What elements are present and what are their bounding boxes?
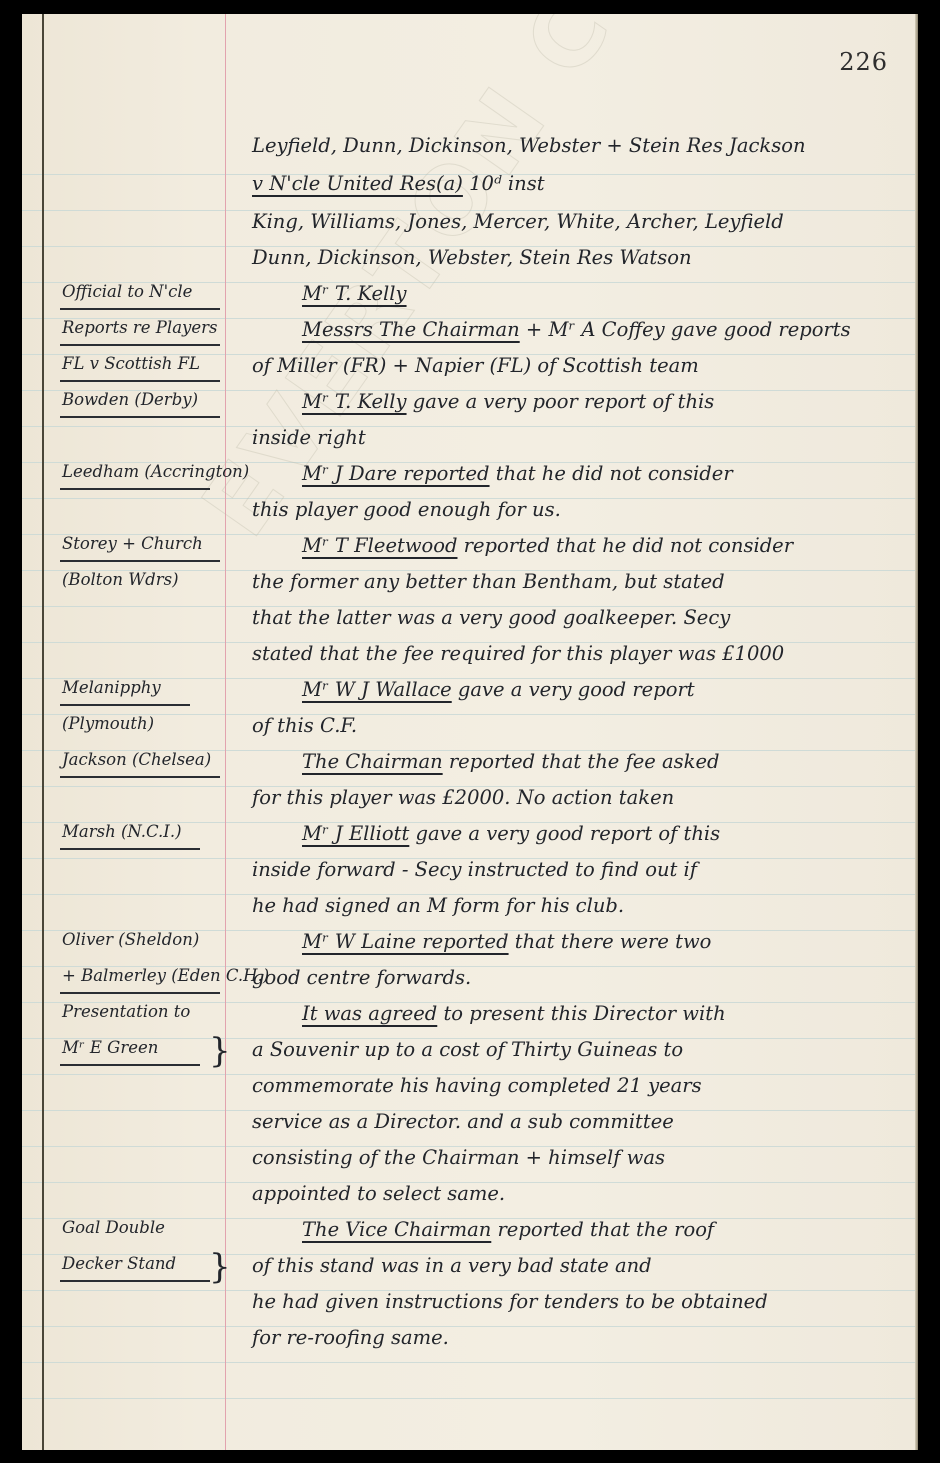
ruled-line — [22, 1326, 918, 1327]
margin-label: Oliver (Sheldon) — [62, 932, 199, 949]
margin-label: Decker Stand — [62, 1256, 176, 1273]
minutes-line: Mʳ T. Kelly gave a very poor report of t… — [252, 392, 714, 412]
page-edge — [915, 14, 918, 1450]
margin-label-underline — [60, 308, 220, 310]
margin-label: (Plymouth) — [62, 716, 154, 733]
minutes-line: he had given instructions for tenders to… — [252, 1292, 768, 1312]
brace-mark: } — [209, 1250, 231, 1284]
minutes-line: The Vice Chairman reported that the roof — [252, 1220, 714, 1240]
margin-label-underline — [60, 704, 190, 706]
minutes-line: Dunn, Dickinson, Webster, Stein Res Wats… — [252, 248, 692, 268]
minutes-line: for re-roofing same. — [252, 1328, 449, 1348]
underlined-name: Mʳ T. Kelly — [302, 282, 407, 305]
underlined-name: Mʳ T. Kelly — [302, 390, 407, 413]
underlined-name: v N'cle United Res(a) — [252, 172, 463, 195]
minutes-line: Mʳ T Fleetwood reported that he did not … — [252, 536, 793, 556]
margin-label: Reports re Players — [62, 320, 217, 337]
margin-label: + Balmerley (Eden C.H.) — [62, 968, 269, 985]
margin-label-underline — [60, 416, 220, 418]
ruled-line — [22, 1398, 918, 1399]
margin-label-underline — [60, 1280, 210, 1282]
page-number: 226 — [839, 48, 888, 76]
minutes-line: he had signed an M form for his club. — [252, 896, 624, 916]
minutes-line: v N'cle United Res(a) 10ᵈ inst — [252, 174, 545, 194]
ruled-line — [22, 1362, 918, 1363]
minutes-line: inside forward - Secy instructed to find… — [252, 860, 697, 880]
ruled-line — [22, 426, 918, 427]
brace-mark: } — [209, 1034, 231, 1068]
underlined-name: Messrs The Chairman — [302, 318, 520, 341]
minutes-line: stated that the fee required for this pl… — [252, 644, 784, 664]
margin-label: Bowden (Derby) — [62, 392, 198, 409]
margin-label-underline — [60, 560, 220, 562]
minutes-line: Leyfield, Dunn, Dickinson, Webster + Ste… — [252, 136, 806, 156]
minutes-line: inside right — [252, 428, 366, 448]
margin-label-underline — [60, 992, 220, 994]
minutes-line: that the latter was a very good goalkeep… — [252, 608, 730, 628]
minutes-line: Mʳ J Elliott gave a very good report of … — [252, 824, 720, 844]
margin-label: FL v Scottish FL — [62, 356, 200, 373]
margin-label: Marsh (N.C.I.) — [62, 824, 182, 841]
underlined-name: The Chairman — [302, 750, 443, 773]
minutes-line: consisting of the Chairman + himself was — [252, 1148, 665, 1168]
minutes-line: King, Williams, Jones, Mercer, White, Ar… — [252, 212, 784, 232]
margin-label-underline — [60, 848, 200, 850]
minutes-line: Mʳ W J Wallace gave a very good report — [252, 680, 695, 700]
margin-label: Melanipphy — [62, 680, 161, 697]
margin-label-underline — [60, 488, 210, 490]
minutes-line: Mʳ T. Kelly — [252, 284, 407, 304]
minutes-line: Mʳ W Laine reported that there were two — [252, 932, 711, 952]
margin-label-underline — [60, 380, 220, 382]
margin-label-underline — [60, 776, 220, 778]
minutes-line: The Chairman reported that the fee asked — [252, 752, 719, 772]
margin-label: Jackson (Chelsea) — [62, 752, 211, 769]
minutes-line: Messrs The Chairman + Mʳ A Coffey gave g… — [252, 320, 851, 340]
margin-label-underline — [60, 344, 220, 346]
underlined-name: Mʳ J Elliott — [302, 822, 409, 845]
minutes-line: for this player was £2000. No action tak… — [252, 788, 674, 808]
margin-label-underline — [60, 1064, 200, 1066]
underlined-name: Mʳ J Dare reported — [302, 462, 490, 485]
minutes-line: commemorate his having completed 21 year… — [252, 1076, 702, 1096]
underlined-name: Mʳ W Laine reported — [302, 930, 509, 953]
red-margin-line — [225, 14, 226, 1450]
minutes-line: It was agreed to present this Director w… — [252, 1004, 726, 1024]
minutes-line: good centre forwards. — [252, 968, 471, 988]
margin-label: Mʳ E Green — [62, 1040, 158, 1057]
minutes-line: of Miller (FR) + Napier (FL) of Scottish… — [252, 356, 699, 376]
minutes-line: of this stand was in a very bad state an… — [252, 1256, 652, 1276]
underlined-name: The Vice Chairman — [302, 1218, 491, 1241]
underlined-name: Mʳ T Fleetwood — [302, 534, 457, 557]
binding-line — [42, 14, 44, 1450]
minutes-line: a Souvenir up to a cost of Thirty Guinea… — [252, 1040, 683, 1060]
minutes-line: this player good enough for us. — [252, 500, 561, 520]
ruled-line — [22, 714, 918, 715]
margin-label: Goal Double — [62, 1220, 165, 1237]
minutes-line: appointed to select same. — [252, 1184, 505, 1204]
minutes-line: the former any better than Bentham, but … — [252, 572, 725, 592]
minutes-line: Mʳ J Dare reported that he did not consi… — [252, 464, 733, 484]
margin-label: Storey + Church — [62, 536, 203, 553]
margin-label: Official to N'cle — [62, 284, 192, 301]
minutes-line: of this C.F. — [252, 716, 357, 736]
margin-label: (Bolton Wdrs) — [62, 572, 179, 589]
margin-label: Leedham (Accrington) — [62, 464, 249, 481]
margin-label: Presentation to — [62, 1004, 190, 1021]
minutes-line: service as a Director. and a sub committ… — [252, 1112, 674, 1132]
underlined-name: It was agreed — [302, 1002, 437, 1025]
ledger-page: EVERTON COLLECTION CHARITABLE TRUST 226 … — [22, 14, 918, 1450]
underlined-name: Mʳ W J Wallace — [302, 678, 452, 701]
